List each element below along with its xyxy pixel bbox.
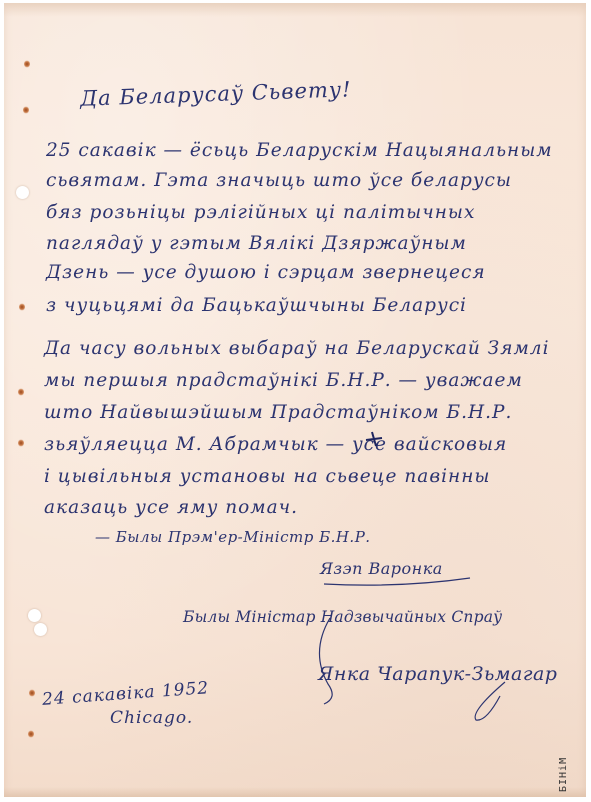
- rust-stain: [28, 730, 34, 738]
- archive-stamp: БІНіМ: [558, 752, 578, 792]
- punch-hole: [28, 609, 41, 622]
- rust-stain: [29, 689, 35, 697]
- body-line: што Найвышэйшым Прадстаўніком Б.Н.Р.: [44, 402, 512, 423]
- rust-stain: [23, 106, 29, 114]
- punch-hole: [34, 623, 47, 636]
- rust-stain: [19, 303, 25, 311]
- body-line: з чуцьцямі да Бацькаўшчыны Беларусі: [46, 295, 467, 316]
- paper-top-edge: [4, 3, 586, 17]
- body-line: сьвятам. Гэта значыць што ўсе беларусы: [46, 170, 512, 191]
- signature-2: Янка Чарапук-Зьмагар: [318, 663, 557, 685]
- rust-stain: [24, 60, 30, 68]
- punch-hole: [16, 186, 29, 199]
- closing-title: — Былы Прэм'ер-Міністр Б.Н.Р.: [95, 528, 371, 546]
- body-line: бяз розьніцы рэлігійных ці палітычных: [46, 202, 475, 223]
- signature-1: Язэп Варонка: [320, 559, 443, 578]
- body-line: Да часу вольных выбараў на Беларускай Зя…: [44, 338, 550, 359]
- rust-stain: [18, 439, 24, 447]
- second-signer-title: Былы Міністар Надзвычайных Спраў: [183, 608, 502, 626]
- body-line: паглядаў у гэтым Вялікі Дзяржаўным: [46, 233, 467, 254]
- paper-bottom-edge: [4, 787, 586, 797]
- body-line: мы першыя прадстаўнікі Б.Н.Р. — уважаем: [44, 370, 523, 391]
- letter-place: Chicago.: [110, 708, 193, 728]
- body-line: аказаць усе яму помач.: [44, 497, 298, 518]
- body-line: Дзень — усе душою і сэрцам звернецеся: [46, 262, 486, 283]
- body-line: 25 сакавік — ёсьць Беларускім Нацыянальн…: [46, 140, 553, 161]
- body-line: зьяўляецца М. Абрамчык — усе вайсковыя: [44, 434, 507, 455]
- rust-stain: [18, 388, 24, 396]
- body-line: і цывільныя установы на сьвеце павінны: [44, 466, 490, 487]
